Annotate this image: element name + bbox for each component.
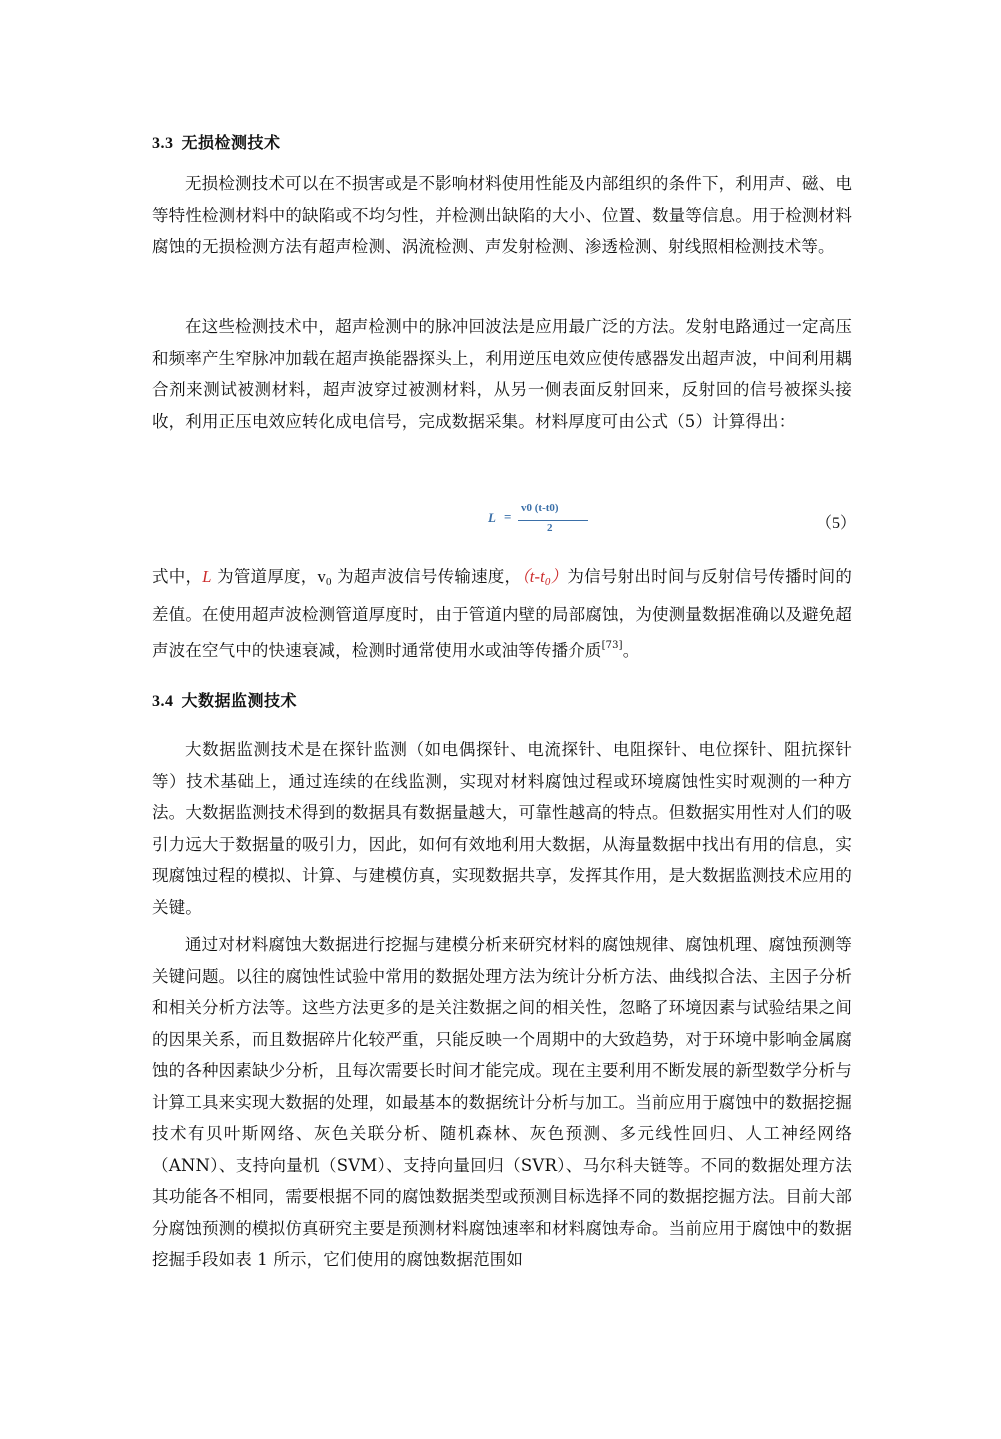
paragraph-ndt-intro: 无损检测技术可以在不损害或是不影响材料使用性能及内部组织的条件下，利用声、磁、电… [152,168,852,263]
formula-lhs: L [488,510,496,526]
section-title: 大数据监测技术 [182,691,298,710]
formula-equals: = [504,509,511,525]
variable-v: v [318,567,326,586]
paragraph-pulse-echo: 在这些检测技术中，超声检测中的脉冲回波法是应用最广泛的方法。发射电路通过一定高压… [152,311,852,437]
variable-L: L [202,567,211,586]
section-number: 3.3 [152,135,174,152]
text-segment: 为管道厚度， [212,567,318,586]
section-title: 无损检测技术 [182,133,281,152]
fraction-bar [518,520,588,521]
formula-thickness: L = v0 (t-t0) 2 [488,500,598,540]
text-suffix: 。 [623,641,640,660]
formula-denominator: 2 [547,522,553,534]
variable-time-diff: （t-t0） [521,567,567,586]
citation-link[interactable]: [73] [602,640,623,651]
paragraph-formula-explanation: 式中，L 为管道厚度，v0 为超声波信号传输速度，（t-t0）为信号射出时间与反… [152,561,852,667]
paragraph-data-mining: 通过对材料腐蚀大数据进行挖掘与建模分析来研究材料的腐蚀规律、腐蚀机理、腐蚀预测等… [152,929,852,1276]
paren-close: ） [551,567,568,586]
text-prefix: 式中， [152,567,202,586]
section-heading-3-3: 3.3无损检测技术 [152,130,281,153]
section-number: 3.4 [152,693,174,710]
paragraph-big-data-intro: 大数据监测技术是在探针监测（如电偶探针、电流探针、电阻探针、电位探针、阻抗探针等… [152,734,852,923]
formula-numerator: v0 (t-t0) [521,502,559,514]
variable-t: （t-t [521,567,545,586]
variable-v0: v0 [318,567,332,586]
text-segment: 为超声波信号传输速度， [332,567,522,586]
section-heading-3-4: 3.4大数据监测技术 [152,688,297,711]
equation-number: （5） [816,510,856,533]
